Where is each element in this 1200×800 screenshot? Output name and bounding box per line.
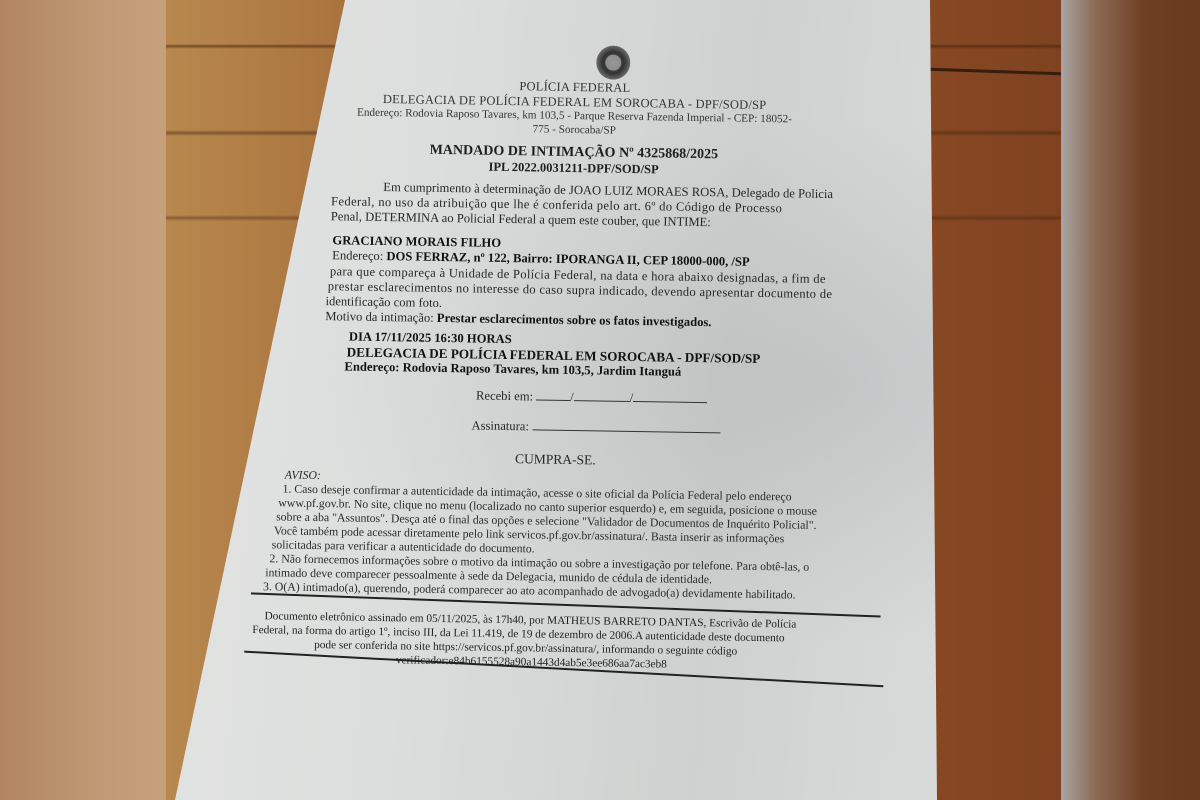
signature-label: Assinatura: <box>471 418 529 433</box>
received-year-blank <box>633 391 707 403</box>
blurred-background-right <box>1061 0 1200 800</box>
received-day-blank <box>536 389 570 401</box>
document-content: POLÍCIA FEDERAL DELEGACIA DE POLÍCIA FED… <box>244 0 896 800</box>
motive-line: Motivo da intimação: Prestar esclarecime… <box>325 309 711 330</box>
signature-field: Assinatura: <box>471 418 720 437</box>
closing-text: CUMPRA-SE. <box>515 451 596 468</box>
motive-value: Prestar esclarecimentos sobre os fatos i… <box>437 311 712 329</box>
received-field: Recebi em: // <box>476 389 707 408</box>
notice-line-8: 3. O(A) intimado(a), querendo, poderá co… <box>263 579 796 602</box>
received-month-blank <box>574 390 630 402</box>
received-label: Recebi em: <box>476 389 533 404</box>
address-label: Endereço: <box>332 248 386 263</box>
signature-blank <box>532 419 720 433</box>
blurred-background-left <box>0 0 166 800</box>
motive-label: Motivo da intimação: <box>325 309 437 325</box>
brazil-coat-of-arms-icon <box>596 45 631 80</box>
